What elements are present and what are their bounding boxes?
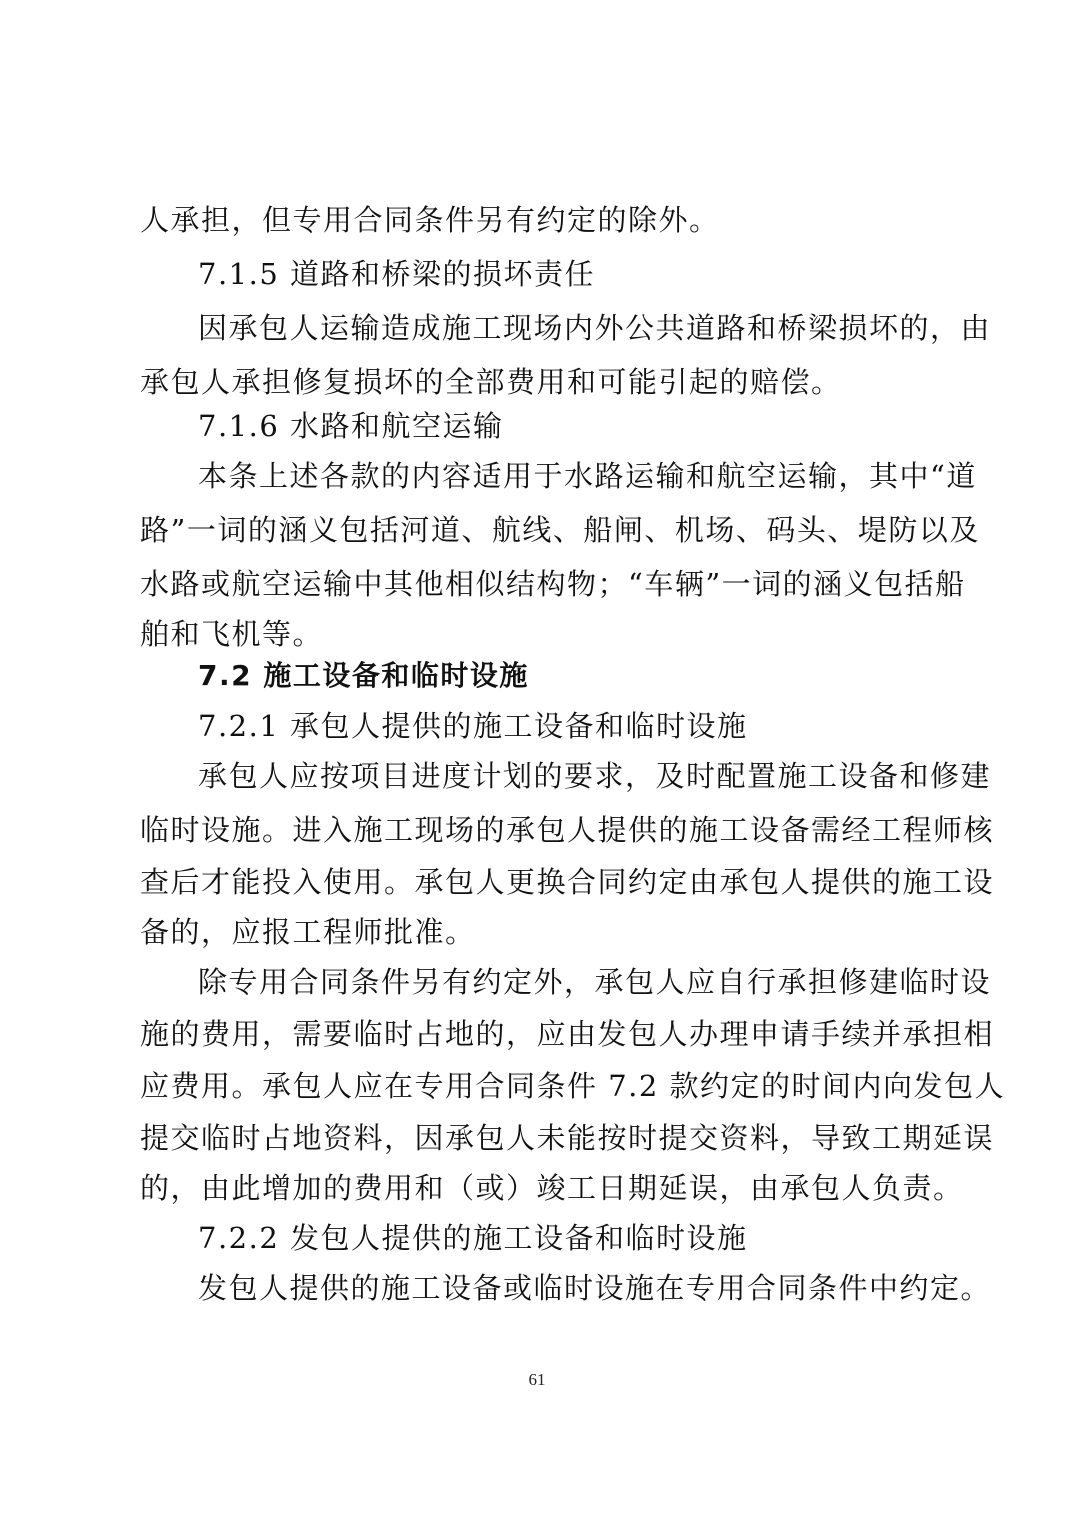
document-page: 人承担，但专用合同条件另有约定的除外。7.1.5 道路和桥梁的损坏责任因承包人运… [0,0,1074,1520]
text-line: 人承担，但专用合同条件另有约定的除外。 [140,200,940,240]
text-line: 查后才能投入使用。承包人更换合同约定由承包人提供的施工设 [140,862,940,902]
text-line: 临时设施。进入施工现场的承包人提供的施工设备需经工程师核 [140,810,940,850]
text-line: 路”一词的涵义包括河道、航线、船闸、机场、码头、堤防以及 [140,510,940,550]
text-line: 除专用合同条件另有约定外，承包人应自行承担修建临时设 [198,962,998,1002]
text-line: 水路或航空运输中其他相似结构物；“车辆”一词的涵义包括船 [140,564,940,604]
text-line: 因承包人运输造成施工现场内外公共道路和桥梁损坏的，由 [198,308,998,348]
page-number: 61 [0,1370,1074,1390]
text-line: 7.2.2 发包人提供的施工设备和临时设施 [198,1218,998,1258]
text-line: 的，由此增加的费用和（或）竣工日期延误，由承包人负责。 [140,1168,940,1208]
text-line: 备的，应报工程师批准。 [140,912,940,952]
text-line: 发包人提供的施工设备或临时设施在专用合同条件中约定。 [198,1268,998,1308]
section-heading: 7.2 施工设备和临时设施 [198,656,998,696]
text-line: 7.2.1 承包人提供的施工设备和临时设施 [198,706,998,746]
text-line: 7.1.5 道路和桥梁的损坏责任 [198,254,998,294]
text-line: 本条上述各款的内容适用于水路运输和航空运输，其中“道 [198,456,998,496]
text-line: 7.1.6 水路和航空运输 [198,406,998,446]
text-line: 施的费用，需要临时占地的，应由发包人办理申请手续并承担相 [140,1014,940,1054]
text-line: 舶和飞机等。 [140,614,940,654]
text-line: 承包人应按项目进度计划的要求，及时配置施工设备和修建 [198,756,998,796]
text-line: 提交临时占地资料，因承包人未能按时提交资料，导致工期延误 [140,1118,940,1158]
text-line: 应费用。承包人应在专用合同条件 7.2 款约定的时间内向发包人 [140,1066,940,1106]
text-line: 承包人承担修复损坏的全部费用和可能引起的赔偿。 [140,362,940,402]
